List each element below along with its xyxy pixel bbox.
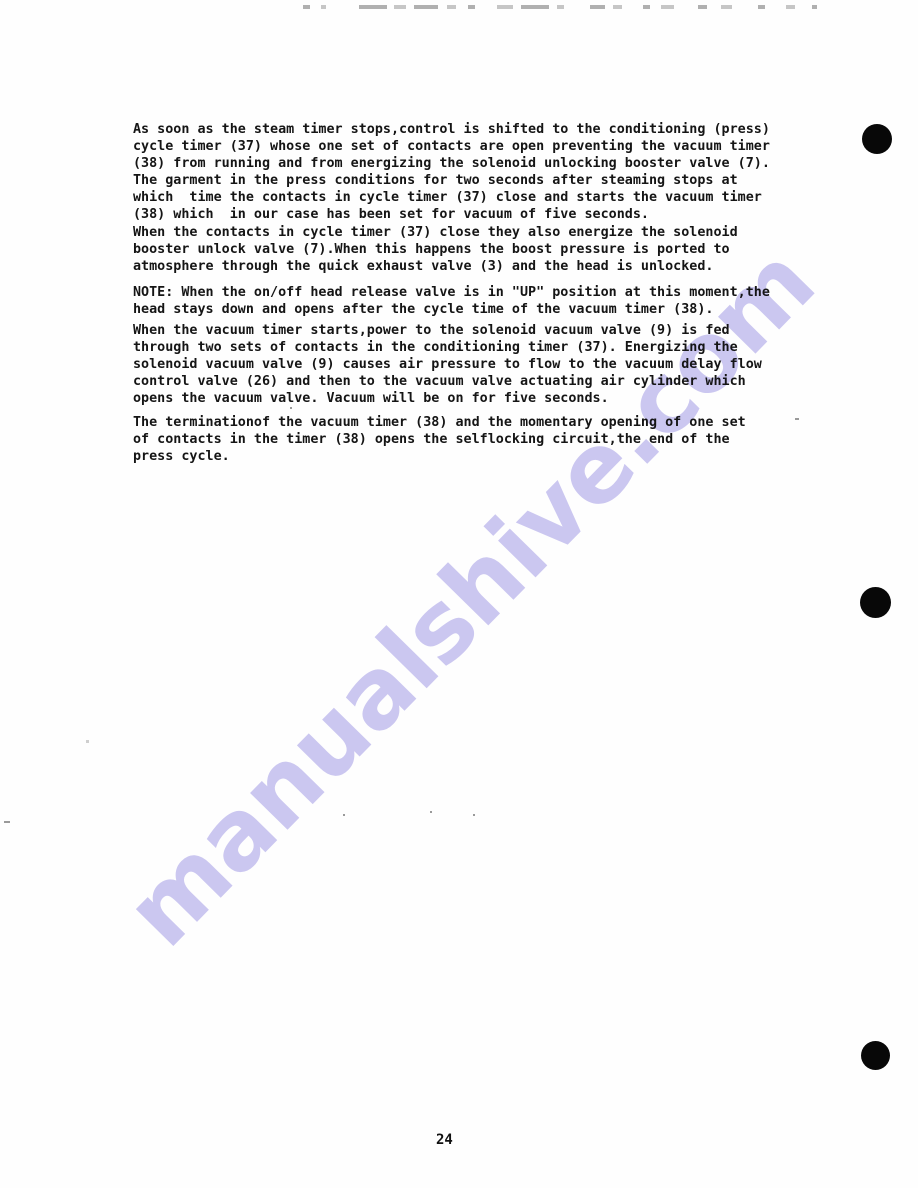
paragraph-press-cycle: As soon as the steam timer stops,control… (133, 121, 833, 275)
text-line: solenoid vacuum valve (9) causes air pre… (133, 356, 833, 373)
text-line: (38) from running and from energizing th… (133, 155, 833, 172)
punch-hole-dot (861, 1041, 890, 1070)
page-number: 24 (436, 1132, 453, 1148)
text-line: NOTE: When the on/off head release valve… (133, 284, 833, 301)
scan-speck (795, 418, 799, 420)
scanned-manual-page: manualshive.com As soon as the steam tim… (0, 0, 918, 1188)
text-line: control valve (26) and then to the vacuu… (133, 373, 833, 390)
paragraph-note: NOTE: When the on/off head release valve… (133, 284, 833, 318)
text-line: When the contacts in cycle timer (37) cl… (133, 224, 833, 241)
document-text: As soon as the steam timer stops,control… (0, 0, 918, 1188)
text-line: atmosphere through the quick exhaust val… (133, 258, 833, 275)
punch-hole-dot (862, 124, 892, 154)
text-line: opens the vacuum valve. Vacuum will be o… (133, 390, 833, 407)
paragraph-vacuum-timer: When the vacuum timer starts,power to th… (133, 322, 833, 407)
text-line: which time the contacts in cycle timer (… (133, 189, 833, 206)
text-line: When the vacuum timer starts,power to th… (133, 322, 833, 339)
text-line: through two sets of contacts in the cond… (133, 339, 833, 356)
paragraph-termination: The terminationof the vacuum timer (38) … (133, 414, 833, 465)
text-line: As soon as the steam timer stops,control… (133, 121, 833, 138)
text-line: booster unlock valve (7).When this happe… (133, 241, 833, 258)
scan-speck (343, 814, 345, 816)
text-line: cycle timer (37) whose one set of contac… (133, 138, 833, 155)
scan-speck (290, 407, 292, 409)
scan-speck (473, 814, 475, 816)
text-line: (38) which in our case has been set for … (133, 206, 833, 223)
text-line: press cycle. (133, 448, 833, 465)
scan-speck (4, 821, 10, 823)
punch-hole-dot (860, 587, 891, 618)
scan-speck (86, 740, 89, 743)
scan-speck (430, 811, 432, 813)
text-line: head stays down and opens after the cycl… (133, 301, 833, 318)
text-line: The terminationof the vacuum timer (38) … (133, 414, 833, 431)
text-line: The garment in the press conditions for … (133, 172, 833, 189)
text-line: of contacts in the timer (38) opens the … (133, 431, 833, 448)
